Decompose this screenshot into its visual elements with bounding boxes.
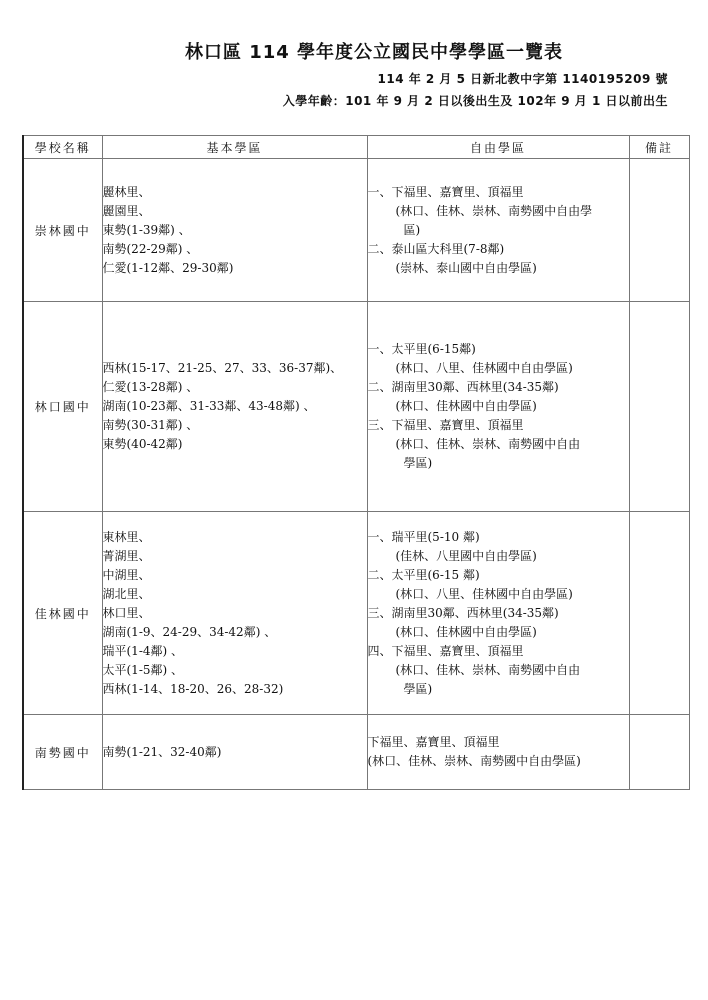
basic-district-cell: 南勢(1-21、32-40鄰) [102, 715, 367, 790]
notes-cell [629, 159, 689, 302]
free-district-item: (林口、八里、佳林國中自由學區) [368, 585, 629, 604]
free-district-item: 二、泰山區大科里(7-8鄰) [368, 240, 629, 259]
free-district-item: 三、下福里、嘉寶里、頂福里 [368, 416, 629, 435]
document-number: 114 年 2 月 5 日新北教中字第 1140195209 號 [378, 70, 669, 87]
free-district-item: (林口、佳林國中自由學區) [368, 397, 629, 416]
basic-district-cell: 麗林里、麗園里、東勢(1-39鄰) 、南勢(22-29鄰) 、仁愛(1-12鄰、… [102, 159, 367, 302]
basic-district-item: 菁湖里、 [103, 547, 367, 566]
document-title: 林口區 114 學年度公立國民中學學區一覽表 [0, 38, 708, 64]
basic-district-item: 南勢(1-21、32-40鄰) [103, 743, 367, 762]
notes-cell [629, 715, 689, 790]
table-row: 佳林國中東林里、菁湖里、中湖里、湖北里、林口里、湖南(1-9、24-29、34-… [23, 512, 689, 715]
free-district-item: 下福里、嘉寶里、頂福里 [368, 733, 629, 752]
basic-district-item: 西林(15-17、21-25、27、33、36-37鄰)、 [103, 359, 367, 378]
basic-district-cell: 西林(15-17、21-25、27、33、36-37鄰)、仁愛(13-28鄰) … [102, 302, 367, 512]
free-district-item: 一、太平里(6-15鄰) [368, 340, 629, 359]
column-header-free-district: 自由學區 [367, 136, 629, 159]
free-district-item: (林口、佳林、崇林、南勢國中自由 [368, 435, 629, 454]
basic-district-item: 仁愛(13-28鄰) 、 [103, 378, 367, 397]
basic-district-item: 麗園里、 [103, 202, 367, 221]
table-row: 林口國中西林(15-17、21-25、27、33、36-37鄰)、仁愛(13-2… [23, 302, 689, 512]
table-header-row: 學校名稱 基本學區 自由學區 備註 [23, 136, 689, 159]
basic-district-item: 西林(1-14、18-20、26、28-32) [103, 680, 367, 699]
basic-district-item: 湖北里、 [103, 585, 367, 604]
school-name: 佳林國中 [23, 512, 102, 715]
basic-district-item: 林口里、 [103, 604, 367, 623]
free-district-item: 一、瑞平里(5-10 鄰) [368, 528, 629, 547]
free-district-item: 學區) [368, 680, 629, 699]
basic-district-item: 南勢(30-31鄰) 、 [103, 416, 367, 435]
basic-district-item: 東林里、 [103, 528, 367, 547]
free-district-item: (林口、佳林、崇林、南勢國中自由學區) [368, 752, 629, 771]
notes-cell [629, 302, 689, 512]
free-district-item: 二、太平里(6-15 鄰) [368, 566, 629, 585]
table-row: 南勢國中南勢(1-21、32-40鄰)下福里、嘉寶里、頂福里(林口、佳林、崇林、… [23, 715, 689, 790]
school-name: 林口國中 [23, 302, 102, 512]
free-district-item: (佳林、八里國中自由學區) [368, 547, 629, 566]
basic-district-cell: 東林里、菁湖里、中湖里、湖北里、林口里、湖南(1-9、24-29、34-42鄰)… [102, 512, 367, 715]
school-name: 崇林國中 [23, 159, 102, 302]
column-header-school: 學校名稱 [23, 136, 102, 159]
basic-district-item: 麗林里、 [103, 183, 367, 202]
free-district-item: 學區) [368, 454, 629, 473]
free-district-item: (林口、佳林、崇林、南勢國中自由學 [368, 202, 629, 221]
free-district-item: 四、下福里、嘉寶里、頂福里 [368, 642, 629, 661]
notes-cell [629, 512, 689, 715]
school-district-table: 學校名稱 基本學區 自由學區 備註 崇林國中麗林里、麗園里、東勢(1-39鄰) … [22, 135, 690, 790]
basic-district-item: 中湖里、 [103, 566, 367, 585]
basic-district-item: 南勢(22-29鄰) 、 [103, 240, 367, 259]
free-district-cell: 一、瑞平里(5-10 鄰)(佳林、八里國中自由學區)二、太平里(6-15 鄰)(… [367, 512, 629, 715]
free-district-item: 二、湖南里30鄰、西林里(34-35鄰) [368, 378, 629, 397]
free-district-item: (林口、佳林、崇林、南勢國中自由 [368, 661, 629, 680]
basic-district-item: 太平(1-5鄰) 、 [103, 661, 367, 680]
free-district-cell: 一、下福里、嘉寶里、頂福里(林口、佳林、崇林、南勢國中自由學區)二、泰山區大科里… [367, 159, 629, 302]
basic-district-item: 瑞平(1-4鄰) 、 [103, 642, 367, 661]
school-name: 南勢國中 [23, 715, 102, 790]
basic-district-item: 東勢(1-39鄰) 、 [103, 221, 367, 240]
free-district-item: (林口、八里、佳林國中自由學區) [368, 359, 629, 378]
free-district-cell: 一、太平里(6-15鄰)(林口、八里、佳林國中自由學區)二、湖南里30鄰、西林里… [367, 302, 629, 512]
table-row: 崇林國中麗林里、麗園里、東勢(1-39鄰) 、南勢(22-29鄰) 、仁愛(1-… [23, 159, 689, 302]
enrollment-age: 入學年齡：101 年 9 月 2 日以後出生及 102年 9 月 1 日以前出生 [283, 92, 668, 109]
free-district-item: 一、下福里、嘉寶里、頂福里 [368, 183, 629, 202]
basic-district-item: 東勢(40-42鄰) [103, 435, 367, 454]
free-district-item: (林口、佳林國中自由學區) [368, 623, 629, 642]
basic-district-item: 湖南(10-23鄰、31-33鄰、43-48鄰) 、 [103, 397, 367, 416]
free-district-item: 區) [368, 221, 629, 240]
basic-district-item: 仁愛(1-12鄰、29-30鄰) [103, 259, 367, 278]
free-district-cell: 下福里、嘉寶里、頂福里(林口、佳林、崇林、南勢國中自由學區) [367, 715, 629, 790]
column-header-basic-district: 基本學區 [102, 136, 367, 159]
free-district-item: 三、湖南里30鄰、西林里(34-35鄰) [368, 604, 629, 623]
basic-district-item: 湖南(1-9、24-29、34-42鄰) 、 [103, 623, 367, 642]
free-district-item: (崇林、泰山國中自由學區) [368, 259, 629, 278]
column-header-notes: 備註 [629, 136, 689, 159]
